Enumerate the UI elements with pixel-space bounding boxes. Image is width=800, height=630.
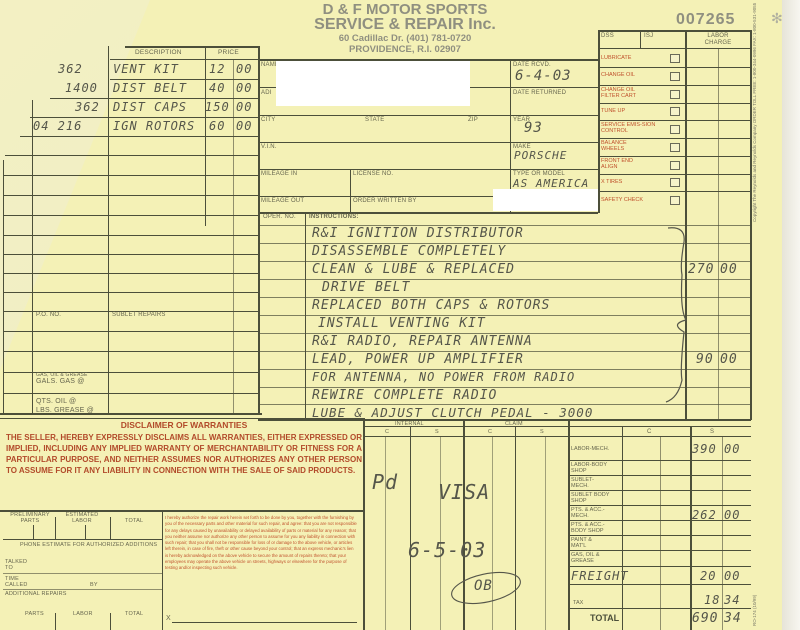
city-label: CITY (261, 117, 275, 123)
instruction-line: CLEAN & LUBE & REPLACED (312, 262, 515, 277)
order-number: 007265 (676, 11, 735, 29)
description-header: DESCRIPTION (135, 49, 182, 56)
instruction-line: FOR ANTENNA, NO POWER FROM RADIO (312, 370, 575, 384)
authorization-text: I hereby authorize the repair work herei… (165, 515, 357, 572)
labor-mech-amount: 390 (692, 442, 717, 456)
front-end-align-checkbox[interactable] (670, 161, 680, 170)
additional-parts-label: PARTS (25, 611, 44, 617)
totals-s-label: S (710, 429, 714, 435)
charge-amount-1: 270 (688, 262, 714, 277)
company-subtitle: SERVICE & REPAIR Inc. (300, 17, 510, 33)
year-value: 93 (524, 120, 543, 136)
state-label: STATE (365, 117, 384, 123)
part-description: VENT KIT (113, 62, 179, 76)
instruction-line: LEAD, POWER UP AMPLIFIER (312, 352, 524, 367)
license-label: LICENSE NO. (353, 171, 393, 177)
po-number-label: P.O. NO. (36, 312, 61, 318)
grand-total-amount: 690 (692, 611, 718, 626)
additional-repairs-label: ADDITIONAL REPAIRS (5, 591, 67, 597)
estimate-total-label: TOTAL (125, 518, 143, 524)
form-number: RO-174 (10/99) (752, 595, 757, 626)
part-price: 150 (205, 100, 230, 114)
balance-wheels-checkbox[interactable] (670, 143, 680, 152)
instruction-line: INSTALL VENTING KIT (318, 316, 486, 331)
instruction-line: DRIVE BELT (322, 280, 410, 295)
mileage-in-label: MILEAGE IN (261, 171, 297, 177)
phone-estimate-label: PHONE ESTIMATE FOR AUTHORIZED ADDITIONS (20, 542, 157, 548)
mileage-out-label: MILEAGE OUT (261, 198, 304, 204)
freight-amount: 20 (700, 569, 716, 583)
lubricate-checkbox[interactable] (670, 54, 680, 63)
paid-note: Pd (372, 470, 398, 494)
sublet-repairs-label: SUBLET REPAIRS (112, 312, 166, 318)
instructions-label: INSTRUCTIONS: (309, 214, 359, 220)
qts-oil-label: QTS. OIL @ (36, 398, 76, 405)
gals-gas-label: GALS. GAS @ (36, 378, 85, 385)
part-description: DIST CAPS (113, 100, 187, 114)
part-price: 60 (209, 119, 225, 133)
lbs-grease-label: LBS. GREASE @ (36, 407, 94, 414)
safety-check-checkbox[interactable] (670, 196, 680, 205)
instruction-line: R&I RADIO, REPAIR ANTENNA (312, 334, 533, 349)
copyright-text: Copyright The Reynolds and Reynolds Comp… (752, 3, 757, 222)
dss-label: DSS (601, 33, 614, 39)
redacted-written-by (493, 189, 598, 211)
tune-up-checkbox[interactable] (670, 107, 680, 116)
oper-no-label: OPER. NO. (263, 214, 296, 220)
make-value: PORSCHE (514, 149, 567, 162)
price-header: PRICE (218, 49, 239, 56)
instruction-line: REPLACED BOTH CAPS & ROTORS (312, 298, 550, 313)
change-oil-filter-checkbox[interactable] (670, 90, 680, 99)
additional-labor-label: LABOR (73, 611, 93, 617)
claim-label: CLAIM (505, 421, 523, 427)
freight-label: FREIGHT (571, 569, 629, 583)
bracket-marks (660, 220, 700, 420)
company-name: D & F MOTOR SPORTS (300, 2, 510, 17)
payment-method-note: VISA (438, 480, 490, 504)
signature-line[interactable] (172, 622, 357, 623)
prelim-parts-label: PRELIMINARY PARTS (10, 513, 50, 525)
asterisk-mark: ✻ (771, 10, 783, 27)
part-price: 40 (209, 81, 225, 95)
payment-date-note: 6-5-03 (408, 538, 486, 562)
grand-total-label: TOTAL (590, 614, 619, 623)
initials-note: OB (474, 578, 493, 594)
instruction-line: DISASSEMBLE COMPLETELY (312, 244, 506, 259)
zip-label: ZIP (468, 117, 478, 123)
tax-amount: 18 (704, 593, 720, 607)
company-address: 60 Cadillac Dr. (401) 781-0720 (300, 34, 510, 44)
disclaimer-block: DISCLAIMER OF WARRANTIES THE SELLER, HER… (6, 420, 362, 476)
signature-mark: X (166, 615, 171, 622)
date-received-value: 6-4-03 (515, 68, 572, 84)
redacted-name-address (276, 61, 470, 106)
additional-total-label: TOTAL (125, 611, 143, 617)
by-label: BY (90, 582, 98, 588)
disclaimer-body: THE SELLER, HEREBY EXPRESSLY DISCLAIMS A… (6, 432, 362, 476)
page-edge (782, 0, 800, 630)
tires-checkbox[interactable] (670, 178, 680, 187)
repair-order-form: D & F MOTOR SPORTS SERVICE & REPAIR Inc.… (0, 0, 782, 630)
charge-amount-2: 90 (696, 352, 714, 367)
vin-label: V.I.N. (261, 144, 277, 150)
talked-to-label: TALKED TO (5, 560, 25, 572)
company-city: PROVIDENCE, R.I. 02907 (300, 45, 510, 55)
instruction-line: R&I IGNITION DISTRIBUTOR (312, 226, 524, 241)
totals-c-label: C (647, 429, 652, 435)
part-description: DIST BELT (113, 81, 187, 95)
change-oil-checkbox[interactable] (670, 72, 680, 81)
time-called-label: TIME CALLED (5, 577, 25, 589)
disclaimer-title: DISCLAIMER OF WARRANTIES (6, 420, 362, 430)
emission-control-checkbox[interactable] (670, 125, 680, 134)
labor-charge-label: LABOR CHARGE (700, 33, 736, 46)
address-label: ADI (261, 90, 272, 96)
est-labor-label: ESTIMATED LABOR (62, 513, 102, 525)
date-returned-label: DATE RETURNED (513, 90, 566, 96)
company-header: D & F MOTOR SPORTS SERVICE & REPAIR Inc.… (300, 2, 510, 54)
model-value: AS AMERICA (513, 177, 589, 190)
instruction-line: REWIRE COMPLETE RADIO (312, 388, 497, 403)
isj-label: ISJ (644, 33, 653, 39)
written-by-label: ORDER WRITTEN BY (353, 198, 417, 204)
part-description: IGN ROTORS (113, 119, 195, 133)
part-price: 12 (209, 62, 225, 76)
